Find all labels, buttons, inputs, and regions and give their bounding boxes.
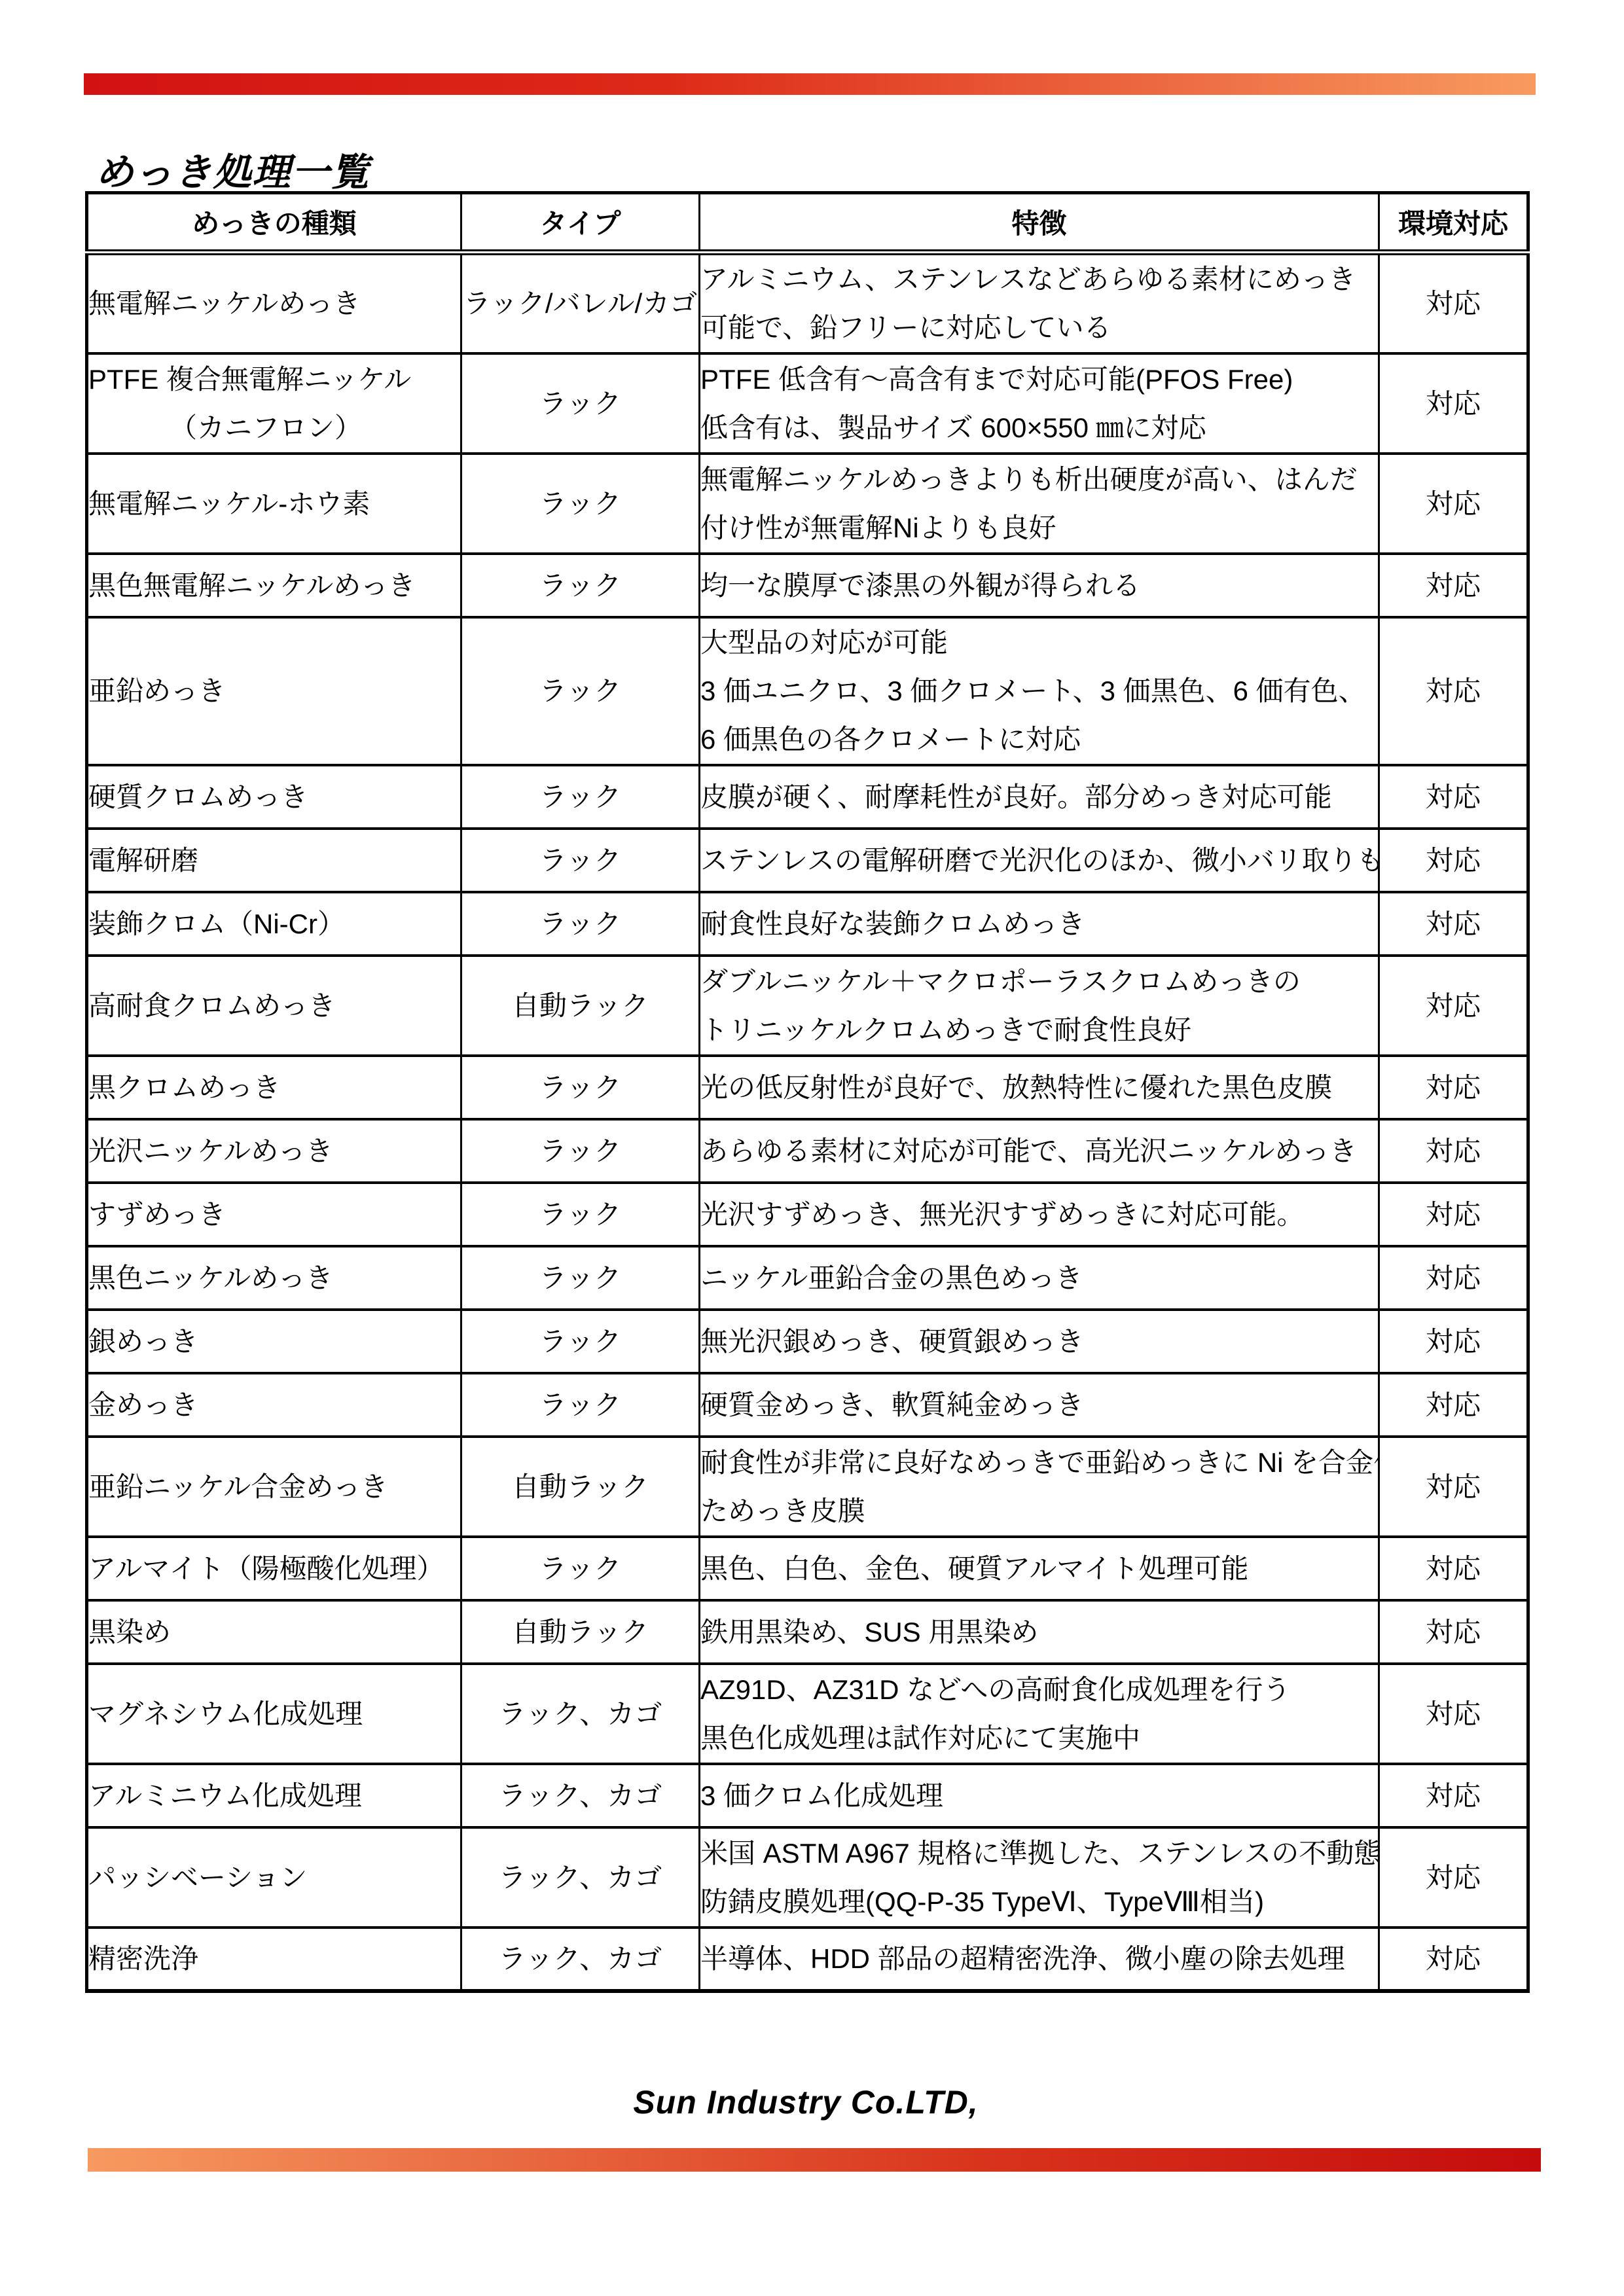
- table-row: パッシベーションラック、カゴ米国 ASTM A967 規格に準拠した、ステンレス…: [87, 1827, 1528, 1928]
- cell-text-line: ニッケル亜鉛合金の黒色めっき: [700, 1254, 1378, 1302]
- features-cell: 半導体、HDD 部品の超精密洗浄、微小塵の除去処理: [700, 1928, 1379, 1991]
- cell-text-line: 無電解ニッケルめっき: [88, 279, 460, 328]
- type-cell: ラック: [461, 1056, 700, 1119]
- cell-text-line: すずめっき: [88, 1191, 460, 1239]
- environment-cell: 対応: [1379, 253, 1528, 354]
- type-cell: ラック: [461, 1246, 700, 1310]
- cell-text-line: ダブルニッケル＋マクロポーラスクロムめっきの: [700, 958, 1378, 1006]
- type-cell: ラック: [461, 765, 700, 829]
- cell-text-line: 耐食性良好な装飾クロムめっき: [700, 900, 1378, 948]
- table-header-row: めっきの種類 タイプ 特徴 環境対応: [87, 193, 1528, 253]
- type-cell: ラック: [461, 1537, 700, 1600]
- plating-process-table: めっきの種類 タイプ 特徴 環境対応 無電解ニッケルめっきラック/バレル/カゴア…: [85, 191, 1530, 1993]
- cell-text-line: ラック/バレル/カゴ: [462, 279, 698, 328]
- environment-cell: 対応: [1379, 1827, 1528, 1928]
- table-row: アルミニウム化成処理ラック、カゴ3 価クロム化成処理対応: [87, 1764, 1528, 1827]
- cell-text-line: あらゆる素材に対応が可能で、高光沢ニッケルめっき: [700, 1127, 1378, 1175]
- cell-text-line: 対応: [1380, 380, 1526, 428]
- plating-kind-cell: 金めっき: [87, 1373, 461, 1437]
- cell-text-line: 精密洗浄: [88, 1935, 460, 1983]
- plating-kind-cell: 黒染め: [87, 1600, 461, 1664]
- environment-cell: 対応: [1379, 617, 1528, 765]
- features-cell: 光沢すずめっき、無光沢すずめっきに対応可能。: [700, 1183, 1379, 1246]
- table-row: 電解研磨ラックステンレスの電解研磨で光沢化のほか、微小バリ取りも可能対応: [87, 829, 1528, 892]
- table-row: 光沢ニッケルめっきラックあらゆる素材に対応が可能で、高光沢ニッケルめっき対応: [87, 1119, 1528, 1183]
- plating-kind-cell: 銀めっき: [87, 1310, 461, 1373]
- features-cell: 鉄用黒染め、SUS 用黒染め: [700, 1600, 1379, 1664]
- plating-kind-cell: 光沢ニッケルめっき: [87, 1119, 461, 1183]
- bottom-accent-bar: [88, 2148, 1541, 2172]
- features-cell: 皮膜が硬く、耐摩耗性が良好。部分めっき対応可能: [700, 765, 1379, 829]
- type-cell: ラック: [461, 353, 700, 454]
- type-cell: ラック: [461, 1373, 700, 1437]
- environment-cell: 対応: [1379, 956, 1528, 1056]
- cell-text-line: 無電解ニッケル-ホウ素: [88, 480, 460, 528]
- cell-text-line: 大型品の対応が可能: [700, 619, 1378, 667]
- environment-cell: 対応: [1379, 1183, 1528, 1246]
- features-cell: ダブルニッケル＋マクロポーラスクロムめっきのトリニッケルクロムめっきで耐食性良好: [700, 956, 1379, 1056]
- environment-cell: 対応: [1379, 1537, 1528, 1600]
- cell-text-line: 金めっき: [88, 1381, 460, 1429]
- table-row: 無電解ニッケルめっきラック/バレル/カゴアルミニウム、ステンレスなどあらゆる素材…: [87, 253, 1528, 354]
- cell-text-line: ラック、カゴ: [462, 1690, 698, 1738]
- cell-text-line: ラック: [462, 667, 698, 715]
- cell-text-line: 対応: [1380, 1854, 1526, 1902]
- cell-text-line: 対応: [1380, 1191, 1526, 1239]
- cell-text-line: 6 価黒色の各クロメートに対応: [700, 715, 1378, 764]
- cell-text-line: 自動ラック: [462, 982, 698, 1030]
- features-cell: PTFE 低含有～高含有まで対応可能(PFOS Free)低含有は、製品サイズ …: [700, 353, 1379, 454]
- cell-text-line: 対応: [1380, 1545, 1526, 1593]
- plating-kind-cell: すずめっき: [87, 1183, 461, 1246]
- cell-text-line: 高耐食クロムめっき: [88, 982, 460, 1030]
- cell-text-line: 対応: [1380, 1935, 1526, 1983]
- table-row: 装飾クロム（Ni-Cr）ラック耐食性良好な装飾クロムめっき対応: [87, 892, 1528, 956]
- cell-text-line: 黒色化成処理は試作対応にて実施中: [700, 1714, 1378, 1763]
- type-cell: 自動ラック: [461, 1600, 700, 1664]
- environment-cell: 対応: [1379, 454, 1528, 554]
- col-header-plating-kind: めっきの種類: [87, 193, 461, 253]
- type-cell: ラック: [461, 1310, 700, 1373]
- environment-cell: 対応: [1379, 1056, 1528, 1119]
- environment-cell: 対応: [1379, 1664, 1528, 1764]
- features-cell: 耐食性良好な装飾クロムめっき: [700, 892, 1379, 956]
- features-cell: あらゆる素材に対応が可能で、高光沢ニッケルめっき: [700, 1119, 1379, 1183]
- cell-text-line: ラック: [462, 1318, 698, 1366]
- cell-text-line: （カニフロン）: [88, 404, 460, 452]
- type-cell: ラック: [461, 554, 700, 617]
- type-cell: ラック: [461, 892, 700, 956]
- environment-cell: 対応: [1379, 892, 1528, 956]
- cell-text-line: 光沢すずめっき、無光沢すずめっきに対応可能。: [700, 1191, 1378, 1239]
- type-cell: ラック、カゴ: [461, 1827, 700, 1928]
- cell-text-line: 防錆皮膜処理(QQ-P-35 TypeⅥ、TypeⅧ相当): [700, 1878, 1378, 1926]
- features-cell: 無光沢銀めっき、硬質銀めっき: [700, 1310, 1379, 1373]
- cell-text-line: 光の低反射性が良好で、放熱特性に優れた黒色皮膜: [700, 1064, 1378, 1112]
- cell-text-line: 米国 ASTM A967 規格に準拠した、ステンレスの不動態化: [700, 1829, 1378, 1878]
- cell-text-line: AZ91D、AZ31D などへの高耐食化成処理を行う: [700, 1666, 1378, 1714]
- cell-text-line: 皮膜が硬く、耐摩耗性が良好。部分めっき対応可能: [700, 773, 1378, 821]
- cell-text-line: 装飾クロム（Ni-Cr）: [88, 900, 460, 948]
- plating-kind-cell: PTFE 複合無電解ニッケル（カニフロン）: [87, 353, 461, 454]
- table-row: 高耐食クロムめっき自動ラックダブルニッケル＋マクロポーラスクロムめっきのトリニッ…: [87, 956, 1528, 1056]
- cell-text-line: 対応: [1380, 667, 1526, 715]
- plating-kind-cell: 黒クロムめっき: [87, 1056, 461, 1119]
- cell-text-line: 対応: [1380, 982, 1526, 1030]
- table-body: 無電解ニッケルめっきラック/バレル/カゴアルミニウム、ステンレスなどあらゆる素材…: [87, 253, 1528, 1992]
- table-row: アルマイト（陽極酸化処理）ラック黒色、白色、金色、硬質アルマイト処理可能対応: [87, 1537, 1528, 1600]
- cell-text-line: 対応: [1380, 279, 1526, 328]
- type-cell: ラック: [461, 1183, 700, 1246]
- cell-text-line: 対応: [1380, 480, 1526, 528]
- cell-text-line: 無電解ニッケルめっきよりも析出硬度が高い、はんだ: [700, 456, 1378, 504]
- cell-text-line: 対応: [1380, 1772, 1526, 1820]
- cell-text-line: ためっき皮膜: [700, 1487, 1378, 1535]
- col-header-environment: 環境対応: [1379, 193, 1528, 253]
- cell-text-line: 亜鉛めっき: [88, 667, 460, 715]
- cell-text-line: 黒染め: [88, 1608, 460, 1657]
- plating-kind-cell: 高耐食クロムめっき: [87, 956, 461, 1056]
- cell-text-line: 対応: [1380, 900, 1526, 948]
- features-cell: 3 価クロム化成処理: [700, 1764, 1379, 1827]
- col-header-type: タイプ: [461, 193, 700, 253]
- plating-kind-cell: パッシベーション: [87, 1827, 461, 1928]
- features-cell: アルミニウム、ステンレスなどあらゆる素材にめっき可能で、鉛フリーに対応している: [700, 253, 1379, 354]
- cell-text-line: ラック: [462, 900, 698, 948]
- plating-kind-cell: アルマイト（陽極酸化処理）: [87, 1537, 461, 1600]
- cell-text-line: 対応: [1380, 1254, 1526, 1302]
- features-cell: 耐食性が非常に良好なめっきで亜鉛めっきに Ni を合金化しためっき皮膜: [700, 1437, 1379, 1537]
- cell-text-line: 銀めっき: [88, 1318, 460, 1366]
- cell-text-line: トリニッケルクロムめっきで耐食性良好: [700, 1006, 1378, 1054]
- cell-text-line: 自動ラック: [462, 1463, 698, 1511]
- table-row: 黒色ニッケルめっきラックニッケル亜鉛合金の黒色めっき対応: [87, 1246, 1528, 1310]
- cell-text-line: 対応: [1380, 1608, 1526, 1657]
- cell-text-line: 可能で、鉛フリーに対応している: [700, 304, 1378, 352]
- environment-cell: 対応: [1379, 1310, 1528, 1373]
- cell-text-line: ラック: [462, 1254, 698, 1302]
- cell-text-line: 黒色ニッケルめっき: [88, 1254, 460, 1302]
- cell-text-line: 対応: [1380, 1690, 1526, 1738]
- cell-text-line: ラック: [462, 562, 698, 610]
- cell-text-line: 3 価クロム化成処理: [700, 1772, 1378, 1820]
- cell-text-line: 耐食性が非常に良好なめっきで亜鉛めっきに Ni を合金化し: [700, 1439, 1378, 1487]
- cell-text-line: ラック: [462, 1127, 698, 1175]
- cell-text-line: ラック: [462, 480, 698, 528]
- cell-text-line: ステンレスの電解研磨で光沢化のほか、微小バリ取りも可能: [700, 836, 1378, 885]
- cell-text-line: 対応: [1380, 1381, 1526, 1429]
- type-cell: ラック、カゴ: [461, 1664, 700, 1764]
- plating-kind-cell: 装飾クロム（Ni-Cr）: [87, 892, 461, 956]
- plating-kind-cell: 硬質クロムめっき: [87, 765, 461, 829]
- type-cell: ラック: [461, 829, 700, 892]
- type-cell: ラック/バレル/カゴ: [461, 253, 700, 354]
- table-row: 亜鉛めっきラック大型品の対応が可能3 価ユニクロ、3 価クロメート、3 価黒色、…: [87, 617, 1528, 765]
- type-cell: ラック、カゴ: [461, 1928, 700, 1991]
- environment-cell: 対応: [1379, 1437, 1528, 1537]
- cell-text-line: ラック: [462, 1381, 698, 1429]
- environment-cell: 対応: [1379, 829, 1528, 892]
- plating-kind-cell: 無電解ニッケルめっき: [87, 253, 461, 354]
- cell-text-line: 対応: [1380, 773, 1526, 821]
- environment-cell: 対応: [1379, 1246, 1528, 1310]
- cell-text-line: 光沢ニッケルめっき: [88, 1127, 460, 1175]
- table-row: 亜鉛ニッケル合金めっき自動ラック耐食性が非常に良好なめっきで亜鉛めっきに Ni …: [87, 1437, 1528, 1537]
- cell-text-line: 低含有は、製品サイズ 600×550 ㎜に対応: [700, 404, 1378, 452]
- cell-text-line: ラック: [462, 773, 698, 821]
- cell-text-line: ラック、カゴ: [462, 1935, 698, 1983]
- table-row: 無電解ニッケル-ホウ素ラック無電解ニッケルめっきよりも析出硬度が高い、はんだ付け…: [87, 454, 1528, 554]
- cell-text-line: 対応: [1380, 1127, 1526, 1175]
- cell-text-line: 硬質クロムめっき: [88, 773, 460, 821]
- top-accent-bar: [84, 73, 1536, 95]
- type-cell: ラック: [461, 454, 700, 554]
- features-cell: 黒色、白色、金色、硬質アルマイト処理可能: [700, 1537, 1379, 1600]
- table-row: マグネシウム化成処理ラック、カゴAZ91D、AZ31D などへの高耐食化成処理を…: [87, 1664, 1528, 1764]
- cell-text-line: 亜鉛ニッケル合金めっき: [88, 1463, 460, 1511]
- table-row: 黒染め自動ラック鉄用黒染め、SUS 用黒染め対応: [87, 1600, 1528, 1664]
- features-cell: 硬質金めっき、軟質純金めっき: [700, 1373, 1379, 1437]
- cell-text-line: ラック、カゴ: [462, 1854, 698, 1902]
- cell-text-line: 黒色無電解ニッケルめっき: [88, 562, 460, 610]
- table-row: PTFE 複合無電解ニッケル（カニフロン）ラックPTFE 低含有～高含有まで対応…: [87, 353, 1528, 454]
- table-row: 黒色無電解ニッケルめっきラック均一な膜厚で漆黒の外観が得られる対応: [87, 554, 1528, 617]
- cell-text-line: ラック: [462, 1191, 698, 1239]
- cell-text-line: 付け性が無電解Niよりも良好: [700, 504, 1378, 552]
- cell-text-line: 対応: [1380, 562, 1526, 610]
- type-cell: ラック: [461, 617, 700, 765]
- cell-text-line: 黒クロムめっき: [88, 1064, 460, 1112]
- cell-text-line: 無光沢銀めっき、硬質銀めっき: [700, 1318, 1378, 1366]
- cell-text-line: アルミニウム化成処理: [88, 1772, 460, 1820]
- company-name: Sun Industry Co.LTD,: [85, 2083, 1526, 2121]
- features-cell: 均一な膜厚で漆黒の外観が得られる: [700, 554, 1379, 617]
- plating-kind-cell: 電解研磨: [87, 829, 461, 892]
- cell-text-line: 硬質金めっき、軟質純金めっき: [700, 1381, 1378, 1429]
- type-cell: ラック: [461, 1119, 700, 1183]
- type-cell: 自動ラック: [461, 1437, 700, 1537]
- cell-text-line: 3 価ユニクロ、3 価クロメート、3 価黒色、6 価有色、: [700, 667, 1378, 715]
- plating-kind-cell: 黒色ニッケルめっき: [87, 1246, 461, 1310]
- environment-cell: 対応: [1379, 765, 1528, 829]
- cell-text-line: 対応: [1380, 1463, 1526, 1511]
- cell-text-line: PTFE 低含有～高含有まで対応可能(PFOS Free): [700, 355, 1378, 404]
- environment-cell: 対応: [1379, 1373, 1528, 1437]
- plating-kind-cell: 亜鉛めっき: [87, 617, 461, 765]
- cell-text-line: 均一な膜厚で漆黒の外観が得られる: [700, 562, 1378, 610]
- table-row: 精密洗浄ラック、カゴ半導体、HDD 部品の超精密洗浄、微小塵の除去処理対応: [87, 1928, 1528, 1991]
- col-header-features: 特徴: [700, 193, 1379, 253]
- cell-text-line: アルマイト（陽極酸化処理）: [88, 1545, 460, 1593]
- environment-cell: 対応: [1379, 1600, 1528, 1664]
- environment-cell: 対応: [1379, 353, 1528, 454]
- table-row: すずめっきラック光沢すずめっき、無光沢すずめっきに対応可能。対応: [87, 1183, 1528, 1246]
- cell-text-line: 対応: [1380, 836, 1526, 885]
- cell-text-line: マグネシウム化成処理: [88, 1690, 460, 1738]
- features-cell: 米国 ASTM A967 規格に準拠した、ステンレスの不動態化防錆皮膜処理(QQ…: [700, 1827, 1379, 1928]
- cell-text-line: 黒色、白色、金色、硬質アルマイト処理可能: [700, 1545, 1378, 1593]
- table-row: 硬質クロムめっきラック皮膜が硬く、耐摩耗性が良好。部分めっき対応可能対応: [87, 765, 1528, 829]
- features-cell: ステンレスの電解研磨で光沢化のほか、微小バリ取りも可能: [700, 829, 1379, 892]
- cell-text-line: ラック、カゴ: [462, 1772, 698, 1820]
- features-cell: AZ91D、AZ31D などへの高耐食化成処理を行う黒色化成処理は試作対応にて実…: [700, 1664, 1379, 1764]
- plating-kind-cell: 黒色無電解ニッケルめっき: [87, 554, 461, 617]
- cell-text-line: ラック: [462, 1064, 698, 1112]
- cell-text-line: パッシベーション: [88, 1854, 460, 1902]
- features-cell: ニッケル亜鉛合金の黒色めっき: [700, 1246, 1379, 1310]
- environment-cell: 対応: [1379, 1764, 1528, 1827]
- cell-text-line: 半導体、HDD 部品の超精密洗浄、微小塵の除去処理: [700, 1935, 1378, 1983]
- cell-text-line: 自動ラック: [462, 1608, 698, 1657]
- cell-text-line: 対応: [1380, 1064, 1526, 1112]
- table-row: 黒クロムめっきラック光の低反射性が良好で、放熱特性に優れた黒色皮膜対応: [87, 1056, 1528, 1119]
- cell-text-line: アルミニウム、ステンレスなどあらゆる素材にめっき: [700, 255, 1378, 304]
- cell-text-line: ラック: [462, 836, 698, 885]
- plating-kind-cell: マグネシウム化成処理: [87, 1664, 461, 1764]
- cell-text-line: ラック: [462, 380, 698, 428]
- environment-cell: 対応: [1379, 1119, 1528, 1183]
- plating-kind-cell: 精密洗浄: [87, 1928, 461, 1991]
- features-cell: 無電解ニッケルめっきよりも析出硬度が高い、はんだ付け性が無電解Niよりも良好: [700, 454, 1379, 554]
- type-cell: 自動ラック: [461, 956, 700, 1056]
- cell-text-line: 電解研磨: [88, 836, 460, 885]
- cell-text-line: 鉄用黒染め、SUS 用黒染め: [700, 1608, 1378, 1657]
- cell-text-line: ラック: [462, 1545, 698, 1593]
- plating-kind-cell: アルミニウム化成処理: [87, 1764, 461, 1827]
- plating-kind-cell: 亜鉛ニッケル合金めっき: [87, 1437, 461, 1537]
- features-cell: 光の低反射性が良好で、放熱特性に優れた黒色皮膜: [700, 1056, 1379, 1119]
- cell-text-line: PTFE 複合無電解ニッケル: [88, 355, 460, 404]
- page-title: めっき処理一覧: [96, 141, 370, 196]
- environment-cell: 対応: [1379, 1928, 1528, 1991]
- features-cell: 大型品の対応が可能3 価ユニクロ、3 価クロメート、3 価黒色、6 価有色、6 …: [700, 617, 1379, 765]
- environment-cell: 対応: [1379, 554, 1528, 617]
- type-cell: ラック、カゴ: [461, 1764, 700, 1827]
- table-row: 金めっきラック硬質金めっき、軟質純金めっき対応: [87, 1373, 1528, 1437]
- plating-kind-cell: 無電解ニッケル-ホウ素: [87, 454, 461, 554]
- table-row: 銀めっきラック無光沢銀めっき、硬質銀めっき対応: [87, 1310, 1528, 1373]
- cell-text-line: 対応: [1380, 1318, 1526, 1366]
